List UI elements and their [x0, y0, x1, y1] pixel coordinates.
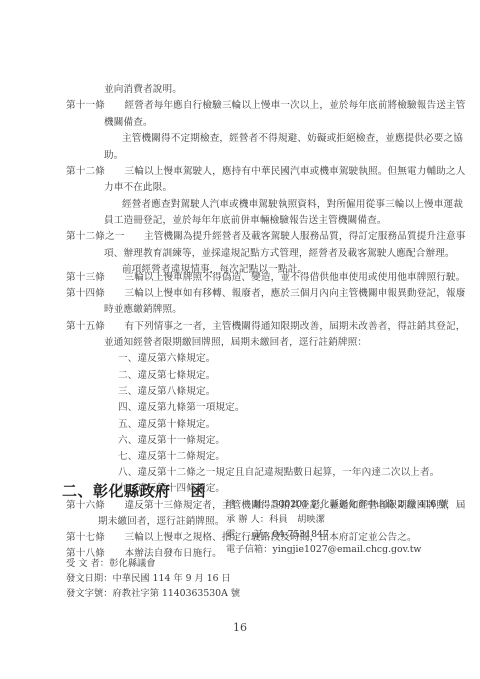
article-14: 第十四條 三輪以上慢車如有移轉、報廢者，應於三個月內向主管機關申報異動登記，報廢 — [66, 288, 466, 300]
article-13: 第十三條 三輪以上慢車牌照不得偽造、變造，並不得借供他車使用或使用他車牌照行駛。 — [66, 272, 466, 284]
email-label: 電子信箱： — [226, 544, 273, 556]
document-page: 並向消費者說明。 第十一條 經營者每年應自行檢驗三輪以上慢車一次以上，並於每年底… — [0, 0, 480, 679]
list-item: 五、違反第十條規定。 — [118, 419, 215, 431]
address-value: 500201 彰化縣彰化市中山路 2 段 416 號 — [273, 499, 449, 510]
recipient-value: 彰化縣議會 — [109, 558, 156, 569]
list-item: 七、違反第十二條規定。 — [118, 451, 225, 463]
list-item: 四、違反第九條第一項規定。 — [118, 402, 245, 414]
list-item: 二、違反第七條規定。 — [118, 370, 215, 382]
handler-line: 承 辦 人：科員 胡映潔 — [226, 514, 325, 526]
list-item: 三、違反第八條規定。 — [118, 386, 215, 398]
date-value: 中華民國 114 年 9 月 16 日 — [113, 573, 231, 584]
phone-value: 04-7531847 — [273, 529, 329, 540]
text-line: 員工造冊登記，並於每年年底前併車輛檢驗報告送主管機關備查。 — [104, 215, 387, 227]
date-line: 發文日期：中華民國 114 年 9 月 16 日 — [66, 573, 231, 585]
page-number: 16 — [0, 621, 480, 634]
heading-issuer: 二、彰化縣政府 — [62, 482, 171, 500]
article-12: 第十二條 三輪以上慢車駕駛人，應持有中華民國汽車或機車駕駛執照。但無電力輔助之人 — [66, 166, 466, 178]
docno-value: 府教社字第 1140363530A 號 — [113, 588, 241, 599]
text-line: 並向消費者說明。 — [104, 84, 182, 96]
text-line: 機關備查。 — [104, 117, 153, 129]
date-label: 發文日期： — [66, 573, 113, 585]
list-item: 六、違反第十一條規定。 — [118, 435, 225, 447]
address-label: 地 址： — [226, 499, 273, 511]
handler-label: 承 辦 人： — [226, 514, 269, 526]
heading-doc-type: 函 — [191, 482, 207, 500]
list-item: 八、違反第十二條之一規定且自記違規點數日起算，一年內達二次以上者。 — [118, 467, 440, 479]
docno-label: 發文字號： — [66, 588, 113, 600]
text-line: 並通知經營者限期繳回牌照，屆期未繳回者，逕行註銷牌照： — [104, 337, 367, 349]
email-line: 電子信箱：yingjie1027@email.chcg.gov.tw — [226, 544, 421, 556]
handler-value: 科員 胡映潔 — [269, 514, 325, 525]
list-item: 一、違反第六條規定。 — [118, 353, 215, 365]
letter-heading: 二、彰化縣政府函 — [62, 480, 206, 501]
phone-label: 電 話： — [226, 529, 273, 541]
docno-line: 發文字號：府教社字第 1140363530A 號 — [66, 588, 240, 600]
text-line: 期未繳回者，逕行註銷牌照。 — [98, 516, 225, 528]
article-15: 第十五條 有下列情事之一者，主管機關得通知限期改善，屆期未改善者，得註銷其登記， — [66, 321, 466, 333]
text-line: 主管機關得不定期檢查，經營者不得規避、妨礙或拒絕檢查，並應提供必要之協 — [122, 133, 463, 145]
article-12-1: 第十二條之一 主管機關為提升經營者及載客駕駛人服務品質，得訂定服務品質提升注意事 — [66, 231, 466, 243]
email-value: yingjie1027@email.chcg.gov.tw — [273, 544, 422, 555]
text-line: 經營者應查對駕駛人汽車或機車駕駛執照資料，對所僱用從事三輪以上慢車運裁 — [122, 199, 463, 211]
phone-line: 電 話：04-7531847 — [226, 529, 329, 541]
recipient-label: 受 文 者： — [66, 558, 109, 570]
text-line: 力車不在此限。 — [104, 182, 172, 194]
text-line: 項、辦理教育訓練等，並採違規記點方式管理，經營者及載客駕駛人應配合辦理。 — [104, 248, 455, 260]
recipient-line: 受 文 者：彰化縣議會 — [66, 558, 156, 570]
text-line: 時並應繳銷牌照。 — [104, 304, 182, 316]
address-line: 地 址：500201 彰化縣彰化市中山路 2 段 416 號 — [226, 499, 449, 511]
article-11: 第十一條 經營者每年應自行檢驗三輪以上慢車一次以上，並於每年底前將檢驗報告送主管 — [66, 100, 466, 112]
text-line: 助。 — [104, 150, 124, 162]
